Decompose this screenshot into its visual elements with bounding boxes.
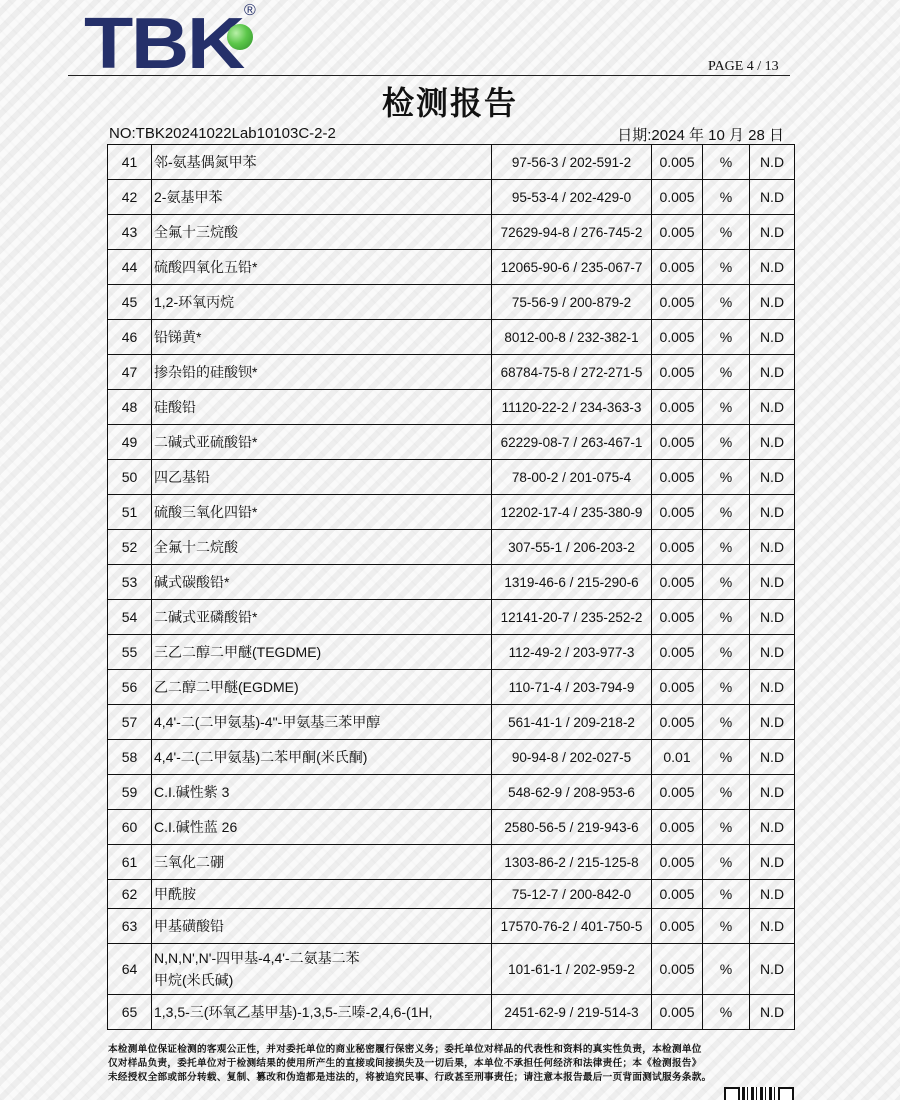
reporting-limit: 0.005: [652, 180, 703, 215]
substance-name: 全氟十三烷酸: [152, 215, 492, 250]
cas-ec-number: 110-71-4 / 203-794-9: [492, 670, 652, 705]
unit: %: [703, 810, 750, 845]
table-row: 41邻-氨基偶氮甲苯97-56-3 / 202-591-20.005%N.D: [108, 145, 795, 180]
result: N.D: [750, 635, 795, 670]
cas-ec-number: 548-62-9 / 208-953-6: [492, 775, 652, 810]
registered-trademark-icon: ®: [244, 2, 256, 20]
table-row: 43全氟十三烷酸72629-94-8 / 276-745-20.005%N.D: [108, 215, 795, 250]
disclaimer-line: 本检测单位保证检测的客观公正性，并对委托单位的商业秘密履行保密义务；委托单位对样…: [108, 1043, 798, 1057]
table-row: 54二碱式亚磷酸铅*12141-20-7 / 235-252-20.005%N.…: [108, 600, 795, 635]
cas-ec-number: 12065-90-6 / 235-067-7: [492, 250, 652, 285]
substance-name: 乙二醇二甲醚(EGDME): [152, 670, 492, 705]
result: N.D: [750, 285, 795, 320]
row-number: 59: [108, 775, 152, 810]
row-number: 51: [108, 495, 152, 530]
substance-name: 铅锑黄*: [152, 320, 492, 355]
result: N.D: [750, 944, 795, 995]
row-number: 53: [108, 565, 152, 600]
cas-ec-number: 307-55-1 / 206-203-2: [492, 530, 652, 565]
reporting-limit: 0.005: [652, 600, 703, 635]
cas-ec-number: 101-61-1 / 202-959-2: [492, 944, 652, 995]
table-row: 48硅酸铅11120-22-2 / 234-363-30.005%N.D: [108, 390, 795, 425]
table-row: 55三乙二醇二甲醚(TEGDME)112-49-2 / 203-977-30.0…: [108, 635, 795, 670]
test-results-table: 41邻-氨基偶氮甲苯97-56-3 / 202-591-20.005%N.D42…: [107, 144, 795, 1030]
row-number: 56: [108, 670, 152, 705]
reporting-limit: 0.005: [652, 565, 703, 600]
unit: %: [703, 250, 750, 285]
table-row: 50四乙基铅78-00-2 / 201-075-40.005%N.D: [108, 460, 795, 495]
substance-name-line: 硫酸四氧化五铅*: [154, 256, 491, 278]
substance-name: 4,4'-二(二甲氨基)-4"-甲氨基三苯甲醇: [152, 705, 492, 740]
unit: %: [703, 775, 750, 810]
row-number: 62: [108, 880, 152, 909]
unit: %: [703, 845, 750, 880]
cas-ec-number: 561-41-1 / 209-218-2: [492, 705, 652, 740]
result: N.D: [750, 775, 795, 810]
unit: %: [703, 390, 750, 425]
table-row: 62甲酰胺75-12-7 / 200-842-00.005%N.D: [108, 880, 795, 909]
row-number: 52: [108, 530, 152, 565]
result: N.D: [750, 880, 795, 909]
substance-name: 碱式碳酸铅*: [152, 565, 492, 600]
reporting-limit: 0.005: [652, 355, 703, 390]
cas-ec-number: 112-49-2 / 203-977-3: [492, 635, 652, 670]
substance-name-line: 三氧化二硼: [154, 851, 491, 873]
reporting-limit: 0.005: [652, 530, 703, 565]
cas-ec-number: 95-53-4 / 202-429-0: [492, 180, 652, 215]
row-number: 48: [108, 390, 152, 425]
substance-name: C.I.碱性蓝 26: [152, 810, 492, 845]
unit: %: [703, 670, 750, 705]
table-row: 60C.I.碱性蓝 262580-56-5 / 219-943-60.005%N…: [108, 810, 795, 845]
substance-name: N,N,N',N'-四甲基-4,4'-二氨基二苯甲烷(米氏碱): [152, 944, 492, 995]
table-row: 46铅锑黄*8012-00-8 / 232-382-10.005%N.D: [108, 320, 795, 355]
substance-name: 二碱式亚磷酸铅*: [152, 600, 492, 635]
substance-name-line: 全氟十二烷酸: [154, 536, 491, 558]
result: N.D: [750, 909, 795, 944]
reporting-limit: 0.005: [652, 909, 703, 944]
row-number: 55: [108, 635, 152, 670]
result: N.D: [750, 495, 795, 530]
substance-name-line: 甲基磺酸铅: [154, 915, 491, 937]
row-number: 50: [108, 460, 152, 495]
table-row: 44硫酸四氧化五铅*12065-90-6 / 235-067-70.005%N.…: [108, 250, 795, 285]
reporting-limit: 0.005: [652, 390, 703, 425]
substance-name-line: 硅酸铅: [154, 396, 491, 418]
logo-text: TBK: [84, 12, 243, 76]
cas-ec-number: 90-94-8 / 202-027-5: [492, 740, 652, 775]
row-number: 61: [108, 845, 152, 880]
cas-ec-number: 75-12-7 / 200-842-0: [492, 880, 652, 909]
reporting-limit: 0.005: [652, 320, 703, 355]
table-row: 56乙二醇二甲醚(EGDME)110-71-4 / 203-794-90.005…: [108, 670, 795, 705]
result: N.D: [750, 670, 795, 705]
table-row: 51硫酸三氧化四铅*12202-17-4 / 235-380-90.005%N.…: [108, 495, 795, 530]
table-row: 451,2-环氧丙烷75-56-9 / 200-879-20.005%N.D: [108, 285, 795, 320]
substance-name-line: 2-氨基甲苯: [154, 186, 491, 208]
reporting-limit: 0.005: [652, 285, 703, 320]
substance-name-line: 二碱式亚硫酸铅*: [154, 431, 491, 453]
unit: %: [703, 740, 750, 775]
unit: %: [703, 145, 750, 180]
result: N.D: [750, 565, 795, 600]
reporting-limit: 0.005: [652, 215, 703, 250]
substance-name-line: 乙二醇二甲醚(EGDME): [154, 676, 491, 698]
reporting-limit: 0.01: [652, 740, 703, 775]
header-divider: [68, 75, 790, 76]
cas-ec-number: 11120-22-2 / 234-363-3: [492, 390, 652, 425]
result: N.D: [750, 215, 795, 250]
unit: %: [703, 285, 750, 320]
substance-name: 三氧化二硼: [152, 845, 492, 880]
reporting-limit: 0.005: [652, 250, 703, 285]
logo-green-dot-icon: [227, 24, 253, 50]
substance-name-line: 邻-氨基偶氮甲苯: [154, 151, 491, 173]
table-row: 64N,N,N',N'-四甲基-4,4'-二氨基二苯甲烷(米氏碱)101-61-…: [108, 944, 795, 995]
row-number: 45: [108, 285, 152, 320]
cas-ec-number: 2580-56-5 / 219-943-6: [492, 810, 652, 845]
cas-ec-number: 17570-76-2 / 401-750-5: [492, 909, 652, 944]
substance-name-line: 碱式碳酸铅*: [154, 571, 491, 593]
substance-name: C.I.碱性紫 3: [152, 775, 492, 810]
row-number: 44: [108, 250, 152, 285]
result: N.D: [750, 390, 795, 425]
substance-name-line: 掺杂铅的硅酸钡*: [154, 361, 491, 383]
substance-name: 硫酸三氧化四铅*: [152, 495, 492, 530]
substance-name-line: 硫酸三氧化四铅*: [154, 501, 491, 523]
cas-ec-number: 78-00-2 / 201-075-4: [492, 460, 652, 495]
substance-name: 1,2-环氧丙烷: [152, 285, 492, 320]
table-row: 49二碱式亚硫酸铅*62229-08-7 / 263-467-10.005%N.…: [108, 425, 795, 460]
reporting-limit: 0.005: [652, 460, 703, 495]
reporting-limit: 0.005: [652, 944, 703, 995]
row-number: 46: [108, 320, 152, 355]
disclaimer-line: 仅对样品负责，委托单位对于检测结果的使用所产生的直接或间接损失及一切后果，本单位…: [108, 1057, 798, 1071]
result: N.D: [750, 425, 795, 460]
disclaimer-line: 未经授权全部或部分转载、复制、篡改和伪造都是违法的，将被追究民事、行政甚至刑事责…: [108, 1071, 798, 1085]
unit: %: [703, 600, 750, 635]
reporting-limit: 0.005: [652, 670, 703, 705]
unit: %: [703, 355, 750, 390]
table-row: 651,3,5-三(环氧乙基甲基)-1,3,5-三嗪-2,4,6-(1H,245…: [108, 995, 795, 1030]
row-number: 47: [108, 355, 152, 390]
reporting-limit: 0.005: [652, 495, 703, 530]
substance-name-line: 1,3,5-三(环氧乙基甲基)-1,3,5-三嗪-2,4,6-(1H,: [154, 1001, 491, 1023]
substance-name-line: 4,4'-二(二甲氨基)二苯甲酮(米氏酮): [154, 746, 491, 768]
unit: %: [703, 425, 750, 460]
unit: %: [703, 460, 750, 495]
result: N.D: [750, 600, 795, 635]
row-number: 43: [108, 215, 152, 250]
reporting-limit: 0.005: [652, 995, 703, 1030]
substance-name: 全氟十二烷酸: [152, 530, 492, 565]
document-title: 检测报告: [0, 78, 900, 124]
substance-name: 甲酰胺: [152, 880, 492, 909]
substance-name-line: C.I.碱性蓝 26: [154, 816, 491, 838]
result: N.D: [750, 845, 795, 880]
cas-ec-number: 1319-46-6 / 215-290-6: [492, 565, 652, 600]
table-row: 63甲基磺酸铅17570-76-2 / 401-750-50.005%N.D: [108, 909, 795, 944]
reporting-limit: 0.005: [652, 810, 703, 845]
table-row: 47掺杂铅的硅酸钡*68784-75-8 / 272-271-50.005%N.…: [108, 355, 795, 390]
unit: %: [703, 180, 750, 215]
substance-name-line: 甲烷(米氏碱): [154, 969, 491, 991]
substance-name-line: N,N,N',N'-四甲基-4,4'-二氨基二苯: [154, 947, 491, 969]
table-row: 53碱式碳酸铅*1319-46-6 / 215-290-60.005%N.D: [108, 565, 795, 600]
table-row: 584,4'-二(二甲氨基)二苯甲酮(米氏酮)90-94-8 / 202-027…: [108, 740, 795, 775]
table-row: 422-氨基甲苯95-53-4 / 202-429-00.005%N.D: [108, 180, 795, 215]
unit: %: [703, 635, 750, 670]
cas-ec-number: 2451-62-9 / 219-514-3: [492, 995, 652, 1030]
unit: %: [703, 530, 750, 565]
cas-ec-number: 12141-20-7 / 235-252-2: [492, 600, 652, 635]
cas-ec-number: 1303-86-2 / 215-125-8: [492, 845, 652, 880]
row-number: 60: [108, 810, 152, 845]
reporting-limit: 0.005: [652, 425, 703, 460]
substance-name: 甲基磺酸铅: [152, 909, 492, 944]
cas-ec-number: 72629-94-8 / 276-745-2: [492, 215, 652, 250]
unit: %: [703, 944, 750, 995]
result: N.D: [750, 740, 795, 775]
report-date: 日期:2024 年 10 月 28 日: [617, 124, 784, 145]
cas-ec-number: 97-56-3 / 202-591-2: [492, 145, 652, 180]
table-row: 59C.I.碱性紫 3548-62-9 / 208-953-60.005%N.D: [108, 775, 795, 810]
result: N.D: [750, 355, 795, 390]
report-number: NO:TBK20241022Lab10103C-2-2: [109, 125, 336, 142]
qr-code-icon: [724, 1087, 794, 1100]
row-number: 63: [108, 909, 152, 944]
substance-name: 二碱式亚硫酸铅*: [152, 425, 492, 460]
substance-name: 2-氨基甲苯: [152, 180, 492, 215]
unit: %: [703, 565, 750, 600]
unit: %: [703, 215, 750, 250]
row-number: 57: [108, 705, 152, 740]
row-number: 41: [108, 145, 152, 180]
table-row: 574,4'-二(二甲氨基)-4"-甲氨基三苯甲醇561-41-1 / 209-…: [108, 705, 795, 740]
cas-ec-number: 68784-75-8 / 272-271-5: [492, 355, 652, 390]
substance-name: 1,3,5-三(环氧乙基甲基)-1,3,5-三嗪-2,4,6-(1H,: [152, 995, 492, 1030]
result: N.D: [750, 810, 795, 845]
substance-name-line: 铅锑黄*: [154, 326, 491, 348]
unit: %: [703, 880, 750, 909]
row-number: 58: [108, 740, 152, 775]
substance-name: 三乙二醇二甲醚(TEGDME): [152, 635, 492, 670]
result: N.D: [750, 995, 795, 1030]
row-number: 49: [108, 425, 152, 460]
substance-name: 硅酸铅: [152, 390, 492, 425]
unit: %: [703, 495, 750, 530]
company-logo: TBK ®: [84, 12, 226, 76]
disclaimer: 本检测单位保证检测的客观公正性，并对委托单位的商业秘密履行保密义务；委托单位对样…: [108, 1043, 798, 1085]
result: N.D: [750, 460, 795, 495]
unit: %: [703, 995, 750, 1030]
reporting-limit: 0.005: [652, 145, 703, 180]
substance-name: 4,4'-二(二甲氨基)二苯甲酮(米氏酮): [152, 740, 492, 775]
substance-name: 邻-氨基偶氮甲苯: [152, 145, 492, 180]
row-number: 65: [108, 995, 152, 1030]
table-row: 61三氧化二硼1303-86-2 / 215-125-80.005%N.D: [108, 845, 795, 880]
result: N.D: [750, 705, 795, 740]
substance-name: 四乙基铅: [152, 460, 492, 495]
result: N.D: [750, 180, 795, 215]
result: N.D: [750, 250, 795, 285]
table-row: 52全氟十二烷酸307-55-1 / 206-203-20.005%N.D: [108, 530, 795, 565]
substance-name-line: 甲酰胺: [154, 883, 491, 905]
cas-ec-number: 62229-08-7 / 263-467-1: [492, 425, 652, 460]
substance-name: 掺杂铅的硅酸钡*: [152, 355, 492, 390]
cas-ec-number: 75-56-9 / 200-879-2: [492, 285, 652, 320]
result: N.D: [750, 530, 795, 565]
unit: %: [703, 320, 750, 355]
reporting-limit: 0.005: [652, 845, 703, 880]
reporting-limit: 0.005: [652, 880, 703, 909]
substance-name: 硫酸四氧化五铅*: [152, 250, 492, 285]
substance-name-line: 1,2-环氧丙烷: [154, 291, 491, 313]
reporting-limit: 0.005: [652, 635, 703, 670]
substance-name-line: 4,4'-二(二甲氨基)-4"-甲氨基三苯甲醇: [154, 711, 491, 733]
page-indicator: PAGE 4 / 13: [708, 59, 779, 75]
result: N.D: [750, 320, 795, 355]
substance-name-line: C.I.碱性紫 3: [154, 781, 491, 803]
substance-name-line: 二碱式亚磷酸铅*: [154, 606, 491, 628]
unit: %: [703, 909, 750, 944]
row-number: 64: [108, 944, 152, 995]
substance-name-line: 四乙基铅: [154, 466, 491, 488]
substance-name-line: 三乙二醇二甲醚(TEGDME): [154, 641, 491, 663]
unit: %: [703, 705, 750, 740]
result: N.D: [750, 145, 795, 180]
row-number: 42: [108, 180, 152, 215]
reporting-limit: 0.005: [652, 775, 703, 810]
reporting-limit: 0.005: [652, 705, 703, 740]
cas-ec-number: 8012-00-8 / 232-382-1: [492, 320, 652, 355]
row-number: 54: [108, 600, 152, 635]
substance-name-line: 全氟十三烷酸: [154, 221, 491, 243]
cas-ec-number: 12202-17-4 / 235-380-9: [492, 495, 652, 530]
